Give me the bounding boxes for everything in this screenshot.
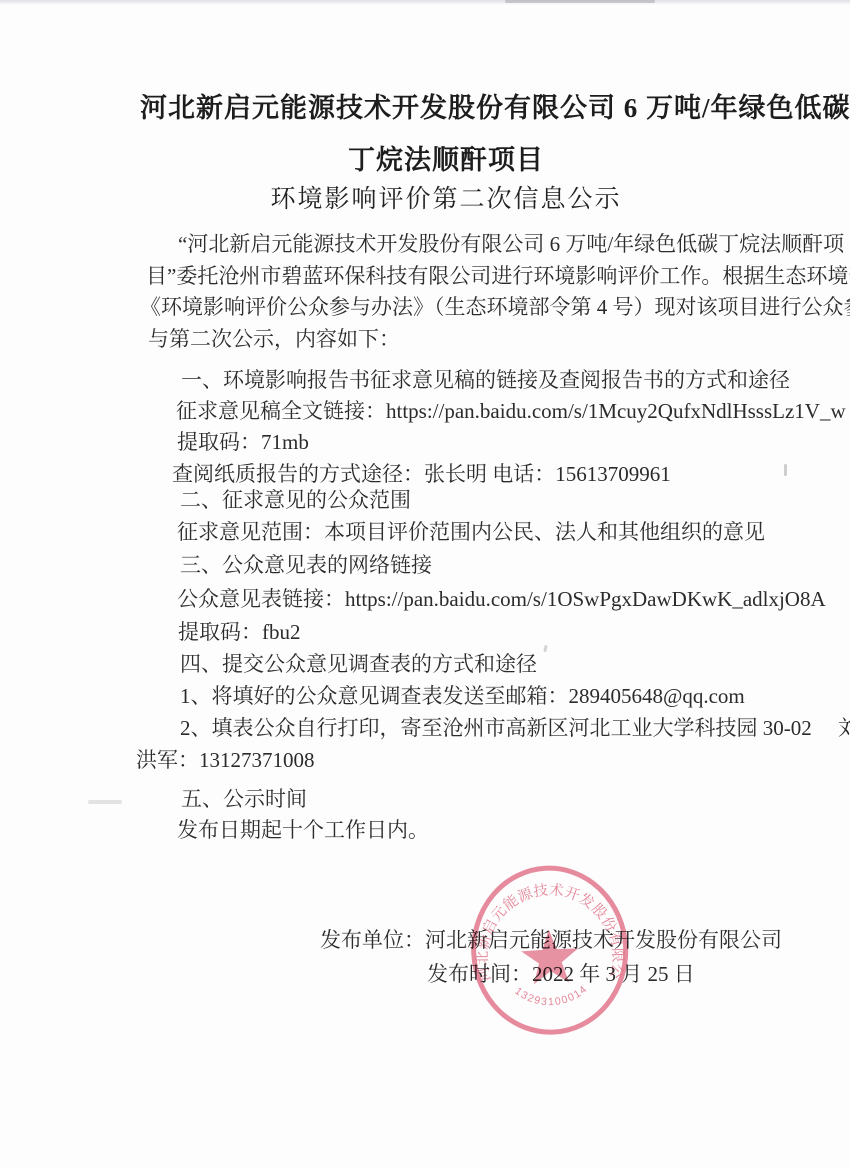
body-line-section-2: 二、征求意见的公众范围 — [180, 487, 411, 513]
stamp-star-icon — [520, 928, 580, 985]
body-line-code-2: 提取码：fbu2 — [178, 619, 301, 645]
body-line-link-2: 公众意见表链接：https://pan.baidu.com/s/1OSwPgxD… — [177, 586, 826, 612]
body-line-section-3: 三、公众意见表的网络链接 — [180, 552, 432, 578]
document-title-line-2: 丁烷法顺酐项目 — [140, 144, 752, 176]
body-line: 2、填表公众自行打印，寄至沧州市高新区河北工业大学科技园 30-02 刘 — [180, 715, 850, 741]
body-line-link-1: 征求意见稿全文链接：https://pan.baidu.com/s/1Mcuy2… — [176, 398, 846, 424]
body-line-contact: 查阅纸质报告的方式途径：张长明 电话：15613709961 — [172, 461, 671, 487]
body-line-section-5: 五、公示时间 — [181, 786, 307, 812]
body-line: 征求意见范围：本项目评价范围内公民、法人和其他组织的意见 — [177, 519, 765, 545]
body-line: “河北新启元能源技术开发股份有限公司 6 万吨/年绿色低碳丁烷法顺酐项 — [178, 231, 844, 257]
body-line: 与第二次公示，内容如下： — [148, 326, 400, 352]
scanned-document-page: 河北新启元能源技术开发股份有限公司 6 万吨/年绿色低碳 丁烷法顺酐项目 环境影… — [0, 0, 850, 1169]
scan-smudge-artifact — [88, 800, 122, 804]
company-seal-stamp: 河北新启元能源技术开发股份有限公司 132931000140 — [455, 850, 651, 1061]
document-subtitle: 环境影响评价第二次信息公示 — [140, 185, 752, 215]
body-line-section-4: 四、提交公众意见调查表的方式和途径 — [180, 651, 537, 677]
publisher-label: 发布单位： — [320, 928, 425, 952]
scan-speck-artifact — [784, 464, 787, 476]
body-line: 发布日期起十个工作日内。 — [177, 817, 429, 843]
scan-edge-artifact — [505, 0, 655, 3]
body-line: 洪军：13127371008 — [136, 747, 315, 773]
body-line: 《环境影响评价公众参与办法》（生态环境部令第 4 号）现对该项目进行公众参 — [140, 294, 850, 320]
body-line-section-1: 一、环境影响报告书征求意见稿的链接及查阅报告书的方式和途径 — [181, 367, 790, 393]
body-line-code-1: 提取码：71mb — [177, 429, 309, 455]
scan-edge-artifact — [0, 0, 850, 5]
body-line: 目”委托沧州市碧蓝环保科技有限公司进行环境影响评价工作。根据生态环境部 — [146, 263, 850, 289]
scan-speck-artifact — [543, 645, 547, 652]
body-line-email: 1、将填好的公众意见调查表发送至邮箱：289405648@qq.com — [180, 683, 745, 709]
document-title-line-1: 河北新启元能源技术开发股份有限公司 6 万吨/年绿色低碳 — [140, 92, 752, 124]
